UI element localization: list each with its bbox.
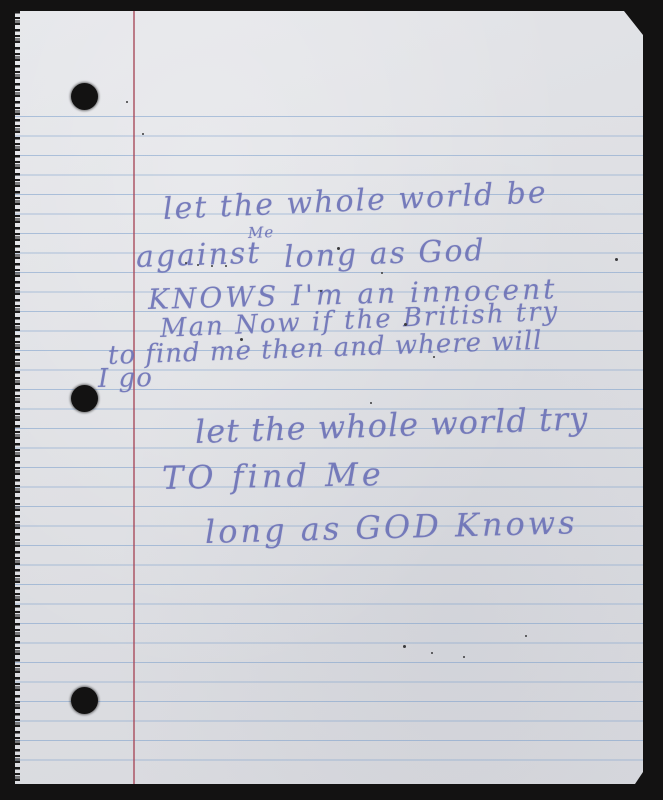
dust-speck <box>185 262 187 264</box>
handwriting-line: long as God <box>283 233 486 275</box>
dust-speck <box>404 323 407 326</box>
punch-hole-top <box>71 83 98 110</box>
dust-speck <box>431 652 433 654</box>
punch-hole-bottom <box>71 687 98 714</box>
dust-speck <box>197 264 199 266</box>
dust-speck <box>240 338 243 341</box>
dust-speck <box>225 265 227 267</box>
dust-speck <box>211 265 213 267</box>
handwriting-line: against <box>135 236 261 275</box>
handwriting-inserted-word: Me <box>248 223 275 242</box>
dust-speck <box>381 272 383 274</box>
dust-speck <box>320 290 322 292</box>
punch-hole-middle <box>71 385 98 412</box>
torn-left-edge <box>15 11 20 784</box>
scan-background: let the whole world be against Me long a… <box>0 0 663 800</box>
dust-speck <box>525 635 527 637</box>
dust-speck <box>463 656 465 658</box>
dust-speck <box>433 356 435 358</box>
dust-speck <box>615 258 618 261</box>
dust-speck <box>370 402 372 404</box>
dust-speck <box>142 133 144 135</box>
red-margin-line <box>133 11 135 784</box>
dust-speck <box>337 247 340 250</box>
handwriting-line: I go <box>98 363 153 394</box>
dust-speck <box>403 645 406 648</box>
handwriting-line: TO find Me <box>162 455 385 497</box>
dust-speck <box>126 101 128 103</box>
notebook-page: let the whole world be against Me long a… <box>15 11 643 784</box>
